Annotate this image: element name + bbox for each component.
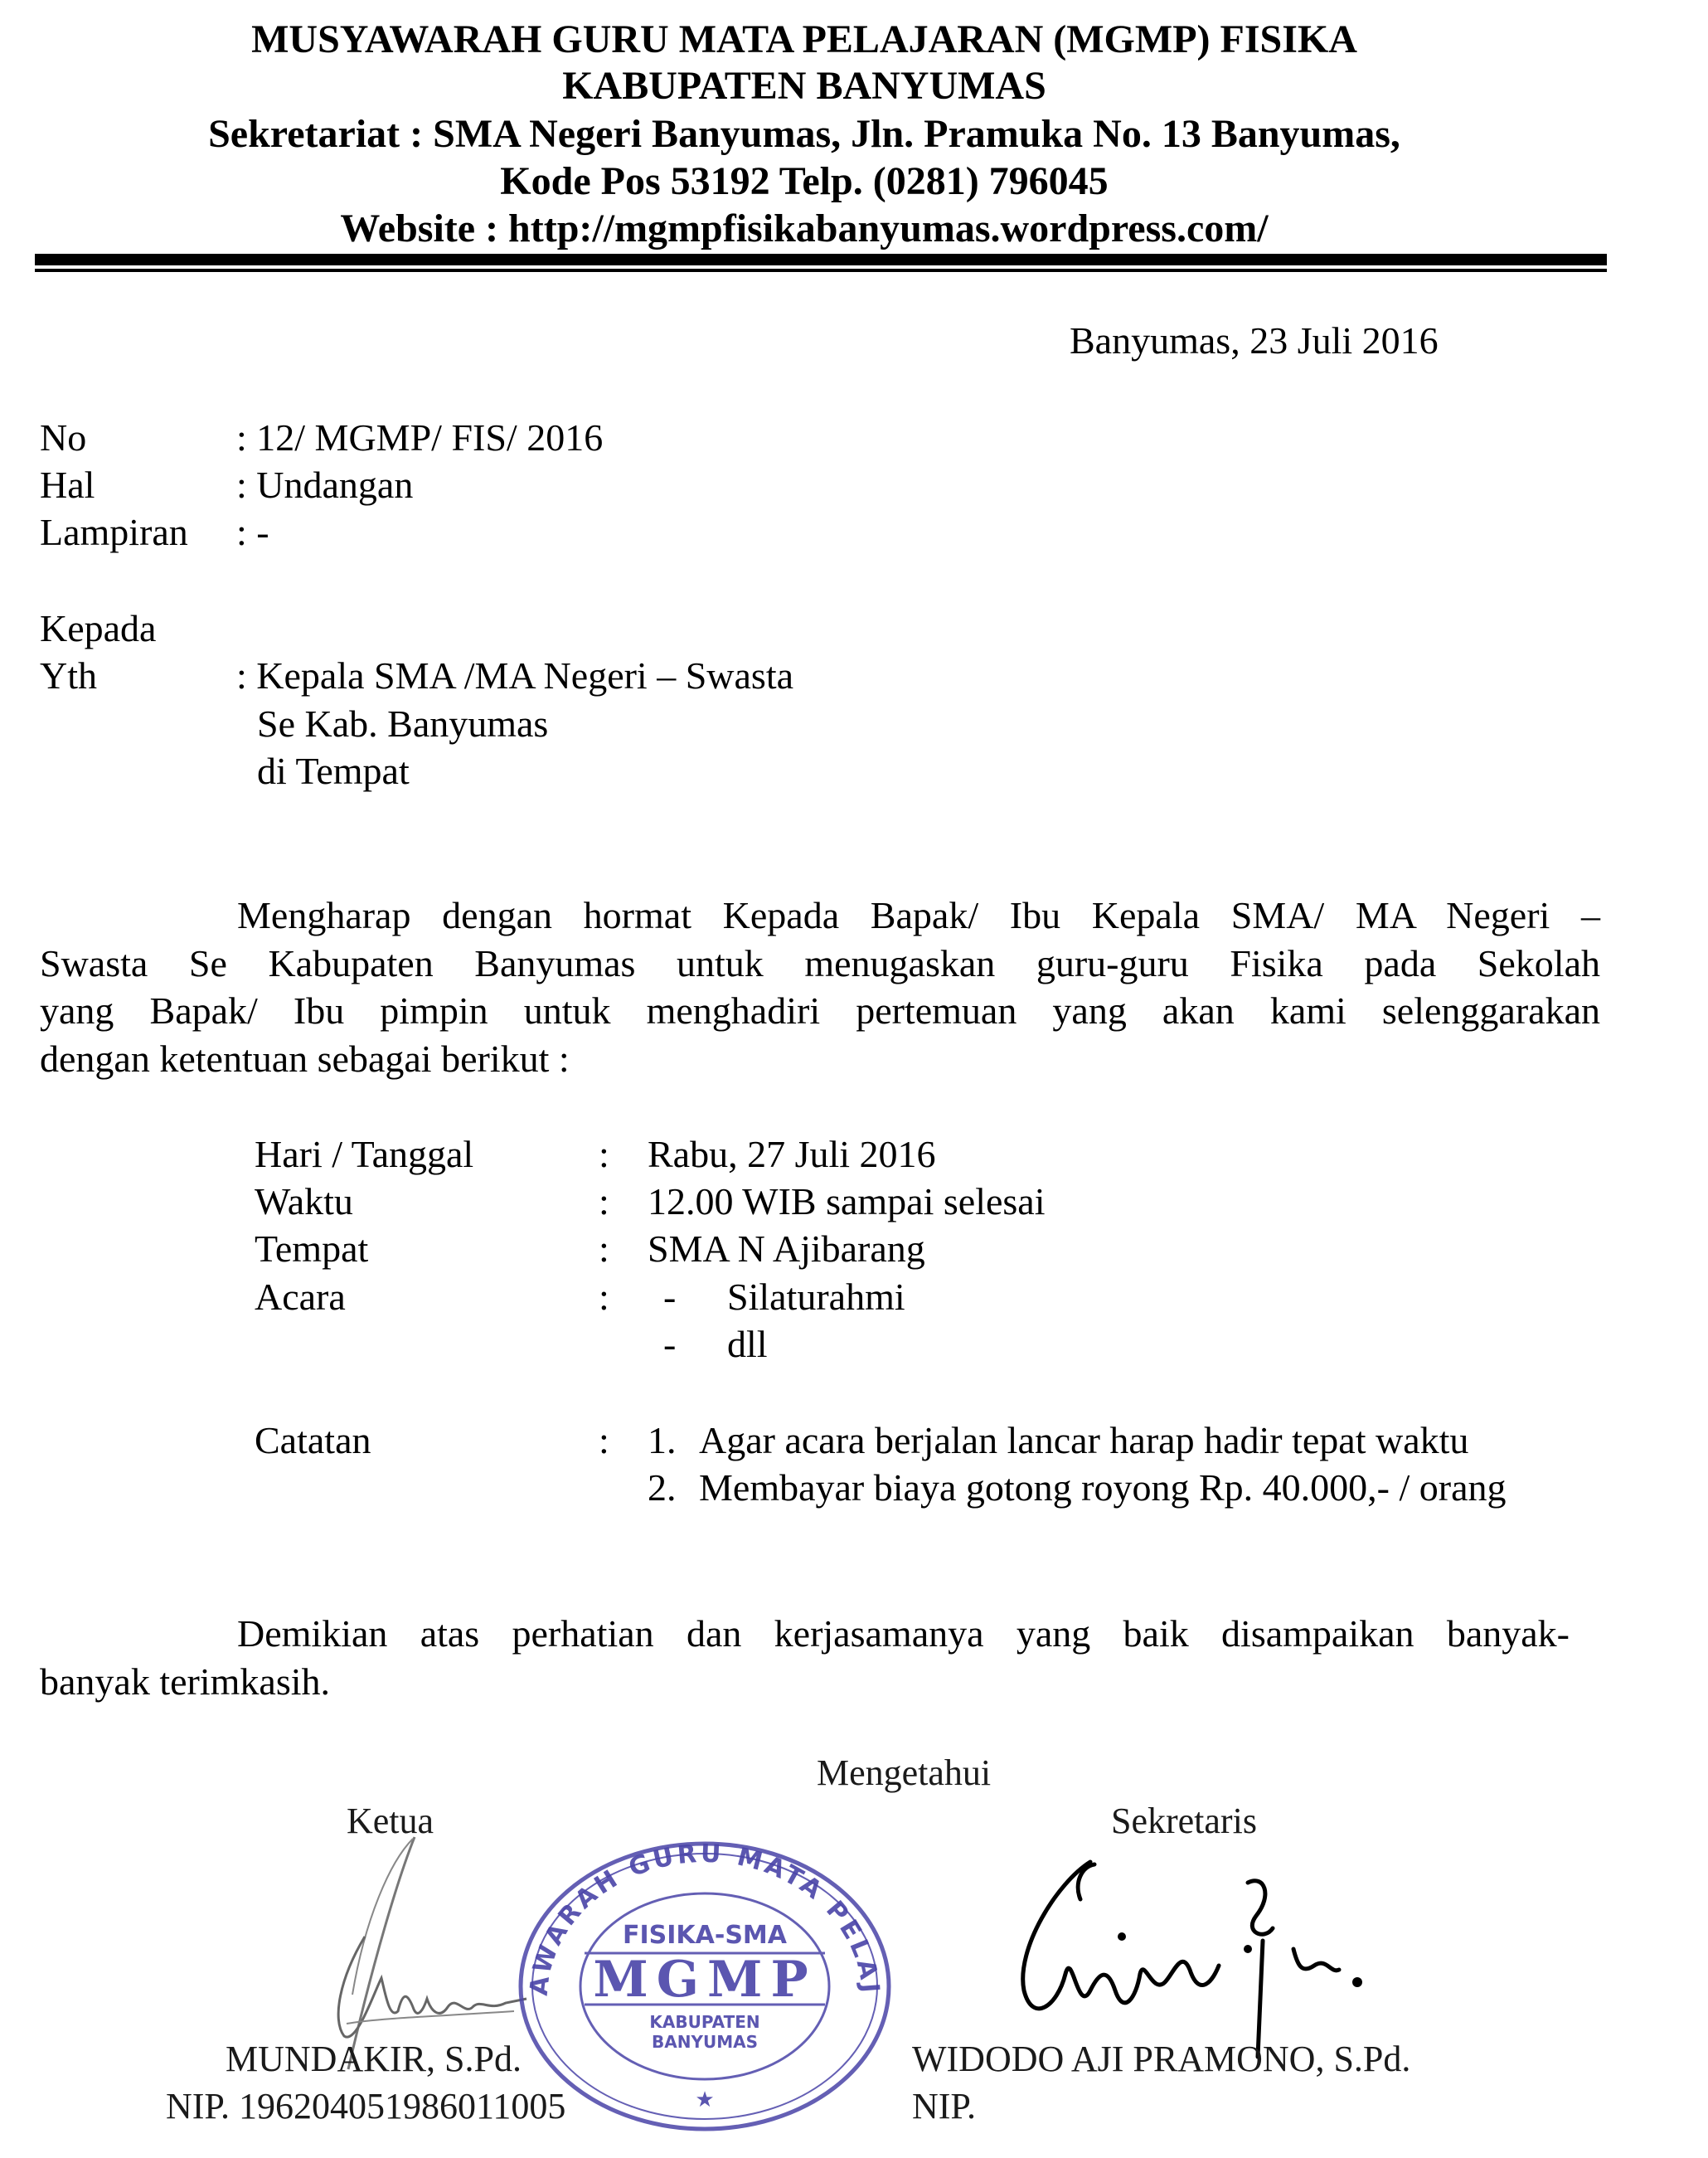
meta-value-hal: : Undangan bbox=[236, 462, 413, 508]
letter-date: Banyumas, 23 Juli 2016 bbox=[1070, 318, 1439, 364]
detail-colon: : bbox=[599, 1417, 609, 1464]
letterhead-website: Website : http://mgmpfisikabanyumas.word… bbox=[0, 206, 1609, 252]
recipient-line-2: Se Kab. Banyumas bbox=[257, 701, 548, 747]
svg-text:BANYUMAS: BANYUMAS bbox=[652, 2032, 758, 2052]
signer-right-role: Sekretaris bbox=[1111, 1800, 1257, 1842]
agenda-item: dll bbox=[727, 1321, 768, 1368]
svg-text:MGMP: MGMP bbox=[593, 1951, 816, 2009]
detail-label-date: Hari / Tanggal bbox=[255, 1131, 473, 1178]
agenda-bullet: - bbox=[663, 1274, 676, 1320]
letterhead-address: Sekretariat : SMA Negeri Banyumas, Jln. … bbox=[0, 111, 1609, 158]
recipient-line-1: : Kepala SMA /MA Negeri – Swasta bbox=[236, 653, 793, 699]
recipient-yth-label: Yth bbox=[40, 653, 97, 699]
note-number: 2. bbox=[648, 1465, 677, 1511]
svg-text:★: ★ bbox=[695, 2088, 714, 2112]
meta-value-no: : 12/ MGMP/ FIS/ 2016 bbox=[236, 415, 603, 461]
closing-line: Demikian atas perhatian dan kerjasamanya… bbox=[40, 1610, 1570, 1658]
detail-colon: : bbox=[599, 1274, 609, 1320]
detail-colon: : bbox=[599, 1131, 609, 1178]
recipient-kepada: Kepada bbox=[40, 605, 156, 652]
letterhead-subtitle: KABUPATEN BANYUMAS bbox=[0, 63, 1609, 109]
detail-label-agenda: Acara bbox=[255, 1274, 346, 1320]
meta-value-lampiran: : - bbox=[236, 509, 269, 556]
note-number: 1. bbox=[648, 1417, 677, 1464]
detail-label-time: Waktu bbox=[255, 1179, 353, 1225]
meta-label-lampiran: Lampiran bbox=[40, 509, 188, 556]
svg-text:KABUPATEN: KABUPATEN bbox=[649, 2012, 759, 2032]
recipient-line-3: di Tempat bbox=[257, 748, 410, 795]
letterhead-divider-thin bbox=[35, 269, 1607, 272]
letterhead-contact: Kode Pos 53192 Telp. (0281) 796045 bbox=[0, 158, 1609, 205]
acknowledged-label: Mengetahui bbox=[817, 1752, 991, 1794]
opening-line: yang Bapak/ Ibu pimpin untuk menghadiri … bbox=[40, 987, 1600, 1035]
closing-paragraph: Demikian atas perhatian dan kerjasamanya… bbox=[40, 1610, 1570, 1705]
svg-text:FISIKA-SMA: FISIKA-SMA bbox=[623, 1921, 788, 1950]
agenda-bullet: - bbox=[663, 1321, 676, 1368]
opening-line: Mengharap dengan hormat Kepada Bapak/ Ib… bbox=[40, 892, 1600, 940]
opening-line: Swasta Se Kabupaten Banyumas untuk menug… bbox=[40, 940, 1600, 988]
letterhead-divider-thick bbox=[35, 254, 1607, 265]
detail-value-date: Rabu, 27 Juli 2016 bbox=[648, 1131, 936, 1178]
detail-value-place: SMA N Ajibarang bbox=[648, 1226, 925, 1272]
note-item: Agar acara berjalan lancar harap hadir t… bbox=[699, 1417, 1468, 1464]
detail-label-place: Tempat bbox=[255, 1226, 368, 1272]
signature-right-icon bbox=[999, 1849, 1380, 2065]
detail-label-notes: Catatan bbox=[255, 1417, 371, 1464]
signer-left-name: MUNDAKIR, S.Pd. bbox=[226, 2038, 522, 2080]
signer-right-name: WIDODO AJI PRAMONO, S.Pd. bbox=[912, 2038, 1410, 2080]
opening-line: dengan ketentuan sebagai berikut : bbox=[40, 1035, 1600, 1083]
meta-label-hal: Hal bbox=[40, 462, 95, 508]
meta-label-no: No bbox=[40, 415, 86, 461]
letterhead-title: MUSYAWARAH GURU MATA PELAJARAN (MGMP) FI… bbox=[0, 17, 1609, 63]
detail-value-time: 12.00 WIB sampai selesai bbox=[648, 1179, 1046, 1225]
opening-paragraph: Mengharap dengan hormat Kepada Bapak/ Ib… bbox=[40, 892, 1600, 1082]
agenda-item: Silaturahmi bbox=[727, 1274, 905, 1320]
detail-colon: : bbox=[599, 1226, 609, 1272]
signer-right-nip: NIP. bbox=[912, 2085, 976, 2127]
organization-stamp-icon: MUSYAWARAH GURU MATA PELAJARAN FISIKA-SM… bbox=[510, 1829, 900, 2136]
detail-colon: : bbox=[599, 1179, 609, 1225]
note-item: Membayar biaya gotong royong Rp. 40.000,… bbox=[699, 1465, 1506, 1511]
signer-left-nip: NIP. 196204051986011005 bbox=[166, 2085, 565, 2127]
closing-line: banyak terimkasih. bbox=[40, 1658, 1570, 1706]
